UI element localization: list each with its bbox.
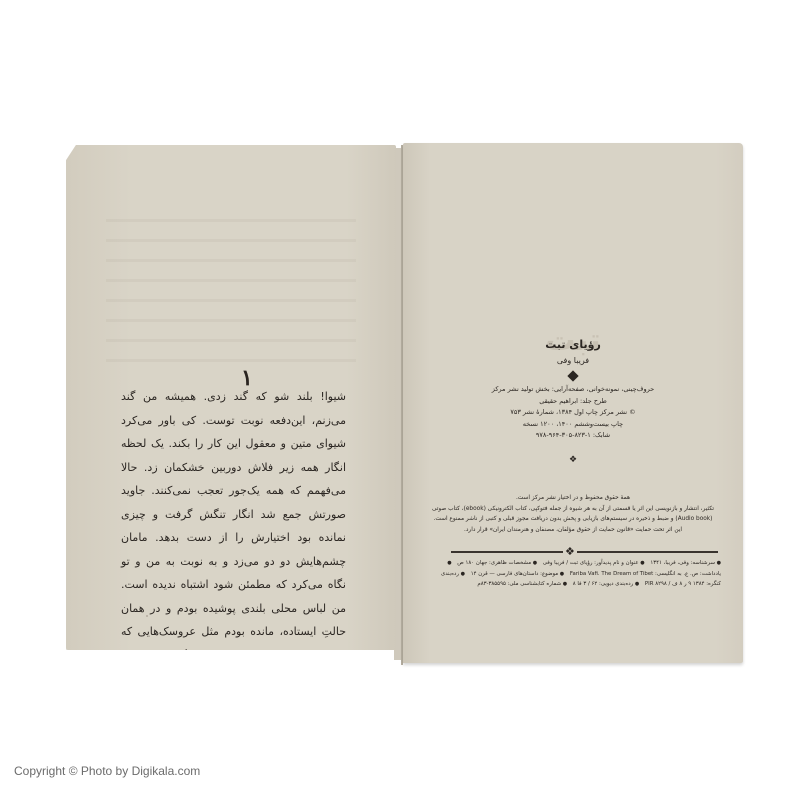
catalog-entry: موضوع: داستان‌های فارسی — قرن ۱۴ xyxy=(471,571,564,577)
catalog-entry: عنوان و نام پدیدآور: رؤیای تبت / فریبا و… xyxy=(543,560,645,566)
book-title: رؤیای تبت xyxy=(403,338,743,351)
paragraph-text: شیوا! بلند شو که گند زدی. همیشه من گند م… xyxy=(121,385,346,800)
rights-notice: همهٔ حقوق محفوظ و در اختیار نشر مرکز است… xyxy=(403,493,743,535)
credit-line: © نشر مرکز چاپ اول ۱۳۸۴، شمارهٔ نشر ۷۵۳ xyxy=(403,407,743,419)
ornament-icon: ❖ xyxy=(403,455,743,465)
right-page: تبت رؤیای تبت فریبا وفی حروف‌چینی، نمونه… xyxy=(403,143,743,663)
credit-line: طرح جلد: ابراهیم حقیقی xyxy=(403,396,743,408)
credits-block: حروف‌چینی، نمونه‌خوانی، صفحه‌آرایی: بخش … xyxy=(403,384,743,442)
diamond-ornament-icon xyxy=(567,370,578,381)
left-page: ۱ شیوا! بلند شو که گند زدی. همیشه من گند… xyxy=(66,145,396,650)
catalog-record: سرشناسه: وفی، فریبا، ۱۳۴۱ عنوان و نام پد… xyxy=(441,558,721,590)
divider-rule xyxy=(451,551,718,553)
catalog-entry: سرشناسه: وفی، فریبا، ۱۳۴۱ xyxy=(650,560,721,566)
rights-line: این اثر تحت حمایت «قانون حمایت از حقوق م… xyxy=(425,525,721,536)
credit-line: حروف‌چینی، نمونه‌خوانی، صفحه‌آرایی: بخش … xyxy=(403,384,743,396)
rights-line: تکثیر، انتشار و بازنویسی این اثر یا قسمت… xyxy=(425,504,721,525)
paper-speck xyxy=(146,615,148,617)
catalog-entry: رده‌بندی دیویی: ۶۲ / ۳ فا ۸ xyxy=(573,581,639,587)
book-author: فریبا وفی xyxy=(403,356,743,365)
catalog-entry: مشخصات ظاهری: جهان ۱۸۰ ص xyxy=(457,560,537,566)
credit-line: شابک: ۱-۸۲۳-۳۰۵-۹۶۴-۹۷۸ xyxy=(403,430,743,442)
open-book: ۱ شیوا! بلند شو که گند زدی. همیشه من گند… xyxy=(0,0,800,800)
body-paragraph: شیوا! بلند شو که گند زدی. همیشه من گند م… xyxy=(121,385,346,800)
rights-line: همهٔ حقوق محفوظ و در اختیار نشر مرکز است… xyxy=(425,493,721,504)
show-through-text xyxy=(106,205,356,365)
divider-ornament-icon: ❖ xyxy=(563,545,577,558)
catalog-entry: شماره کتابشناسی ملی: ۳۸۵۵۹۵-۸۳م xyxy=(477,581,567,587)
photo-watermark: Copyright © Photo by Digikala.com xyxy=(14,764,200,778)
credit-line: چاپ بیست‌وششم ۱۴۰۰، ۱۲۰۰ نسخه xyxy=(403,419,743,431)
